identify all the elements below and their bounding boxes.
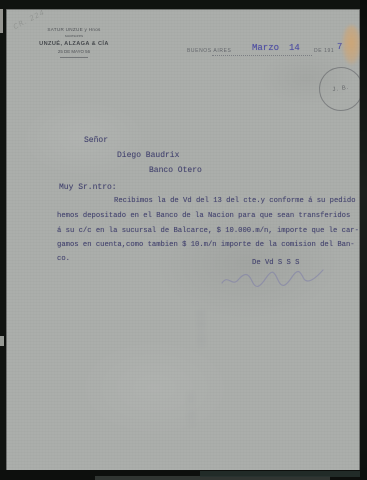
reception-stamp: J. B.: [316, 64, 366, 114]
recipient-name: Diego Baudrix: [117, 151, 179, 160]
frame-edge-right: [360, 0, 367, 480]
letterhead-firm-name: UNZUÉ, ALZAGA & CÍA: [38, 41, 110, 47]
dateline-year-prefix: DE 191: [314, 48, 334, 54]
frame-bottom-teal: [200, 471, 360, 477]
stamp-initials: J. B.: [332, 85, 350, 93]
body-line: gamos en cuenta,como tambien $ 10.m/n im…: [57, 241, 355, 249]
body-line: hemos depositado en el Banco de la Nacio…: [57, 212, 350, 220]
letterhead-address: 25 DE MAYO 56: [38, 49, 110, 54]
ink-bleedthrough: |‖||‖‖|: [185, 390, 196, 428]
body-line: Recibimos la de Vd del 13 del cte.y conf…: [114, 197, 356, 205]
letterhead: SATUR UNZUE y Hnos sucesores UNZUÉ, ALZA…: [38, 27, 110, 58]
letterhead-predecessor: SATUR UNZUE y Hnos: [38, 27, 110, 32]
paper-stain: [342, 25, 361, 65]
body-line: á su c/c en la sucursal de Balcarce, $ 1…: [57, 227, 359, 235]
dateline-day: 14: [289, 43, 300, 53]
recipient-title: Señor: [84, 136, 108, 145]
letter-content-layer: CR. 224 SATUR UNZUE y Hnos sucesores UNZ…: [0, 0, 367, 480]
ink-bleedthrough: ‖|‖||‖|: [195, 310, 206, 348]
frame-left-notch: [0, 336, 4, 346]
dateline-month: Marzo: [252, 43, 279, 53]
photo-frame: CR. 224 SATUR UNZUE y Hnos sucesores UNZ…: [0, 0, 367, 480]
letterhead-successor-note: sucesores: [38, 33, 110, 38]
letterhead-rule: [60, 57, 88, 58]
handwritten-signature: [220, 266, 325, 292]
body-line: co.: [57, 255, 70, 263]
salutation: Muy Sr.ntro:: [59, 183, 117, 192]
recipient-company: Banco Otero: [149, 166, 202, 175]
frame-topleft-strip: [0, 9, 3, 33]
